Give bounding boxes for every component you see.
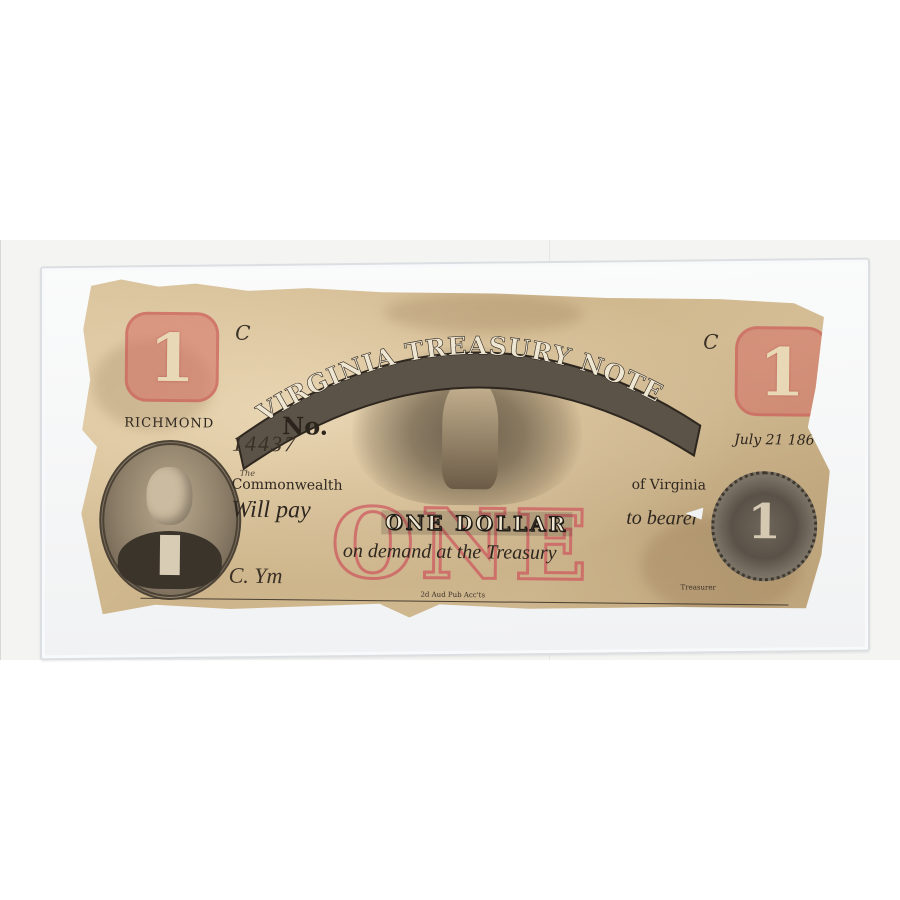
- banknote: 1 1 C C VIRGINIA TREASURY NOTE RICHMOND …: [80, 279, 831, 622]
- plate-letter-right: C: [703, 330, 719, 354]
- issue-date: July 21 186: [734, 432, 815, 449]
- commonwealth-text: Commonwealth: [232, 477, 343, 494]
- treasurer-label: Treasurer: [681, 583, 716, 591]
- seal-numeral: 1: [714, 494, 815, 551]
- imprint-text: 2d Aud Pub Acc'ts: [420, 591, 485, 600]
- portrait-medallion: [98, 439, 242, 600]
- will-pay-text: Will pay: [231, 497, 311, 525]
- corner-denomination-left: 1: [124, 312, 219, 403]
- title-banner: VIRGINIA TREASURY NOTE: [232, 311, 704, 476]
- of-virginia-text: of Virginia: [632, 477, 707, 494]
- signature: C. Ym: [229, 563, 283, 590]
- portrait-face: [146, 467, 193, 525]
- on-demand-text: on demand at the Treasury: [343, 540, 557, 565]
- state-seal: 1: [711, 471, 818, 582]
- portrait-shirt: [160, 535, 180, 575]
- corner-numeral-right: 1: [737, 333, 826, 412]
- corner-numeral-left: 1: [128, 319, 217, 398]
- city-label: RICHMOND: [124, 416, 214, 432]
- denomination-text: ONE DOLLAR: [381, 510, 572, 536]
- banner-arc: VIRGINIA TREASURY NOTE: [232, 311, 704, 476]
- to-bearer-text: to bearer: [626, 507, 699, 531]
- serial-number: 14437: [232, 431, 297, 458]
